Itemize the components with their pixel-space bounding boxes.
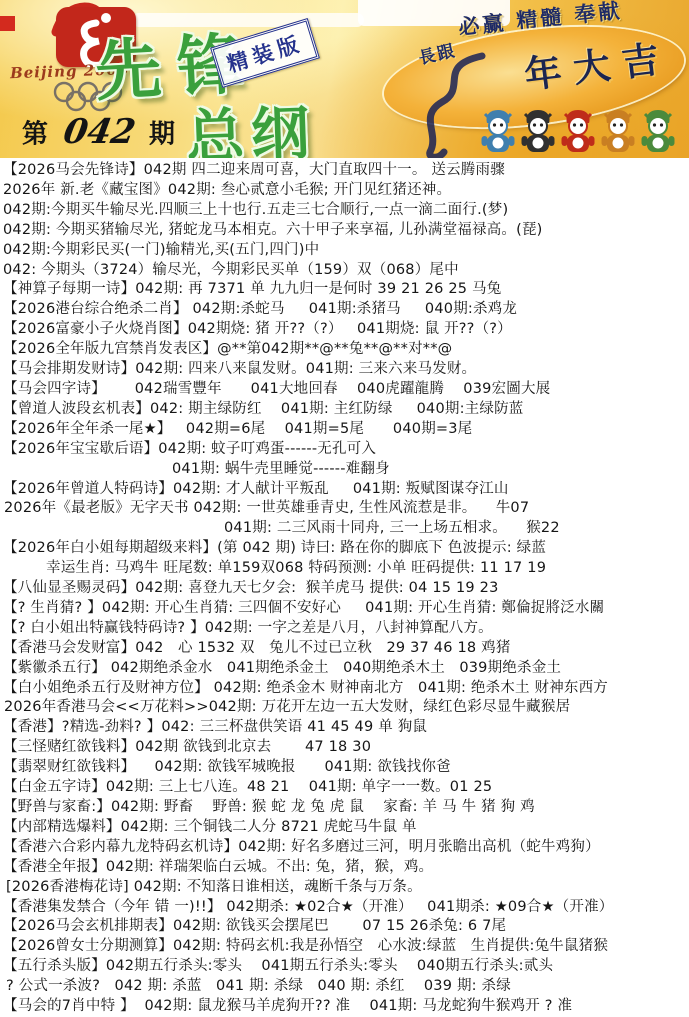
fuwa-huanhuan-icon bbox=[561, 108, 595, 158]
tip-line: 【香港六合彩内幕九龙特码玄机诗】042期: 好名多磨过三河，明月张瞻出高机（蛇牛… bbox=[0, 838, 689, 858]
tip-line: 【三怪赌红欲钱料】042期 欲钱到北京去 47 18 30 bbox=[0, 738, 689, 758]
tip-line: 【2026马会玄机排期表】042期: 欲钱买会摆尾巴 07 15 26杀兔: 6… bbox=[0, 917, 689, 937]
tip-line: 042期: 今期买猪输尽光, 猪蛇龙马本相克。六十甲子来享福, 儿孙满堂福禄高。… bbox=[0, 221, 689, 241]
issue-suffix: 期 bbox=[149, 120, 177, 150]
tip-line: 041期: 二三风雨十同舟, 三一上场五相求。 猴22 bbox=[0, 519, 689, 539]
tip-line: 【曾道人波段玄机表】042: 期主绿防红 041期: 主红防绿 040期:主绿防… bbox=[0, 400, 689, 420]
fuwa-beibei-icon bbox=[481, 108, 515, 158]
tip-line: 【马会的7肖中特 】 042期: 鼠龙猴马羊虎狗开?? 准 041期: 马龙蛇狗… bbox=[0, 997, 689, 1017]
tip-line: [2026香港梅花诗] 042期: 不知落日谁相送，魂断千条与万条。 bbox=[0, 878, 689, 898]
issue-digits: 042 bbox=[60, 112, 138, 152]
tip-line: 【白金五字诗】042期: 三上七八连。48 21 041期: 单字一一数。01 … bbox=[0, 778, 689, 798]
tip-line: 【2026曾女士分期测算】042期: 特码玄机:我是孙悟空 心水波:绿蓝 生肖提… bbox=[0, 937, 689, 957]
tip-line: 【香港】?精选-劲料? 】042: 三三杯盘供笑语 41 45 49 单 狗鼠 bbox=[0, 718, 689, 738]
tip-line: 【马会排期发财诗】042期: 四来八来鼠发财。041期: 三来六来马发财。 bbox=[0, 360, 689, 380]
tip-line: 【紫徽杀五行】 042期绝杀金水 041期绝杀金土 040期绝杀木土 039期绝… bbox=[0, 659, 689, 679]
tip-line: 【神算子每期一诗】042期: 再 7371 单 九九归一是何时 39 21 26… bbox=[0, 280, 689, 300]
tip-line: 【? 白小姐出特赢钱特码诗? 】042期: 一字之差是八月，八封神算配八方。 bbox=[0, 619, 689, 639]
tip-line: 【2026年全年杀一尾★】 042期=6尾 041期=5尾 040期=3尾 bbox=[0, 420, 689, 440]
ribbon-greeting: 年大吉 bbox=[521, 27, 673, 99]
fuwa-nini-icon bbox=[641, 108, 675, 158]
fuwa-yingying-icon bbox=[601, 108, 635, 158]
tip-line: 2026年《最老版》无字天书 042期: 一世英雄垂青史, 生性风流惹是非。 牛… bbox=[0, 499, 689, 519]
tip-line: ? 公式一杀波? 042 期: 杀蓝 041 期: 杀绿 040 期: 杀红 0… bbox=[0, 977, 689, 997]
tip-line: 【内部精选爆料】042期: 三个铜钱二人分 8721 虎蛇马牛鼠 单 bbox=[0, 818, 689, 838]
tip-line: 【马会四字诗】 042瑞雪豐年 041大地回春 040虎躍龍腾 039宏圖大展 bbox=[0, 380, 689, 400]
tip-line: 【香港集发禁合（今年 错 一)!!】 042期杀: ★02合★（开准） 041期… bbox=[0, 898, 689, 918]
tip-line: 【2026年宝宝歇后语】042期: 蚊子叮鸡蛋------无孔可入 bbox=[0, 440, 689, 460]
tip-line: 【2026年白小姐每期超级来料】(第 042 期) 诗曰: 路在你的脚底下 色波… bbox=[0, 539, 689, 559]
tip-line: 2026年香港马会<<万花料>>042期: 万花开左边一五大发财，绿红色彩尽显牛… bbox=[0, 698, 689, 718]
tip-line: 幸运生肖: 马鸡牛 旺尾数: 单159双068 特码预测: 小单 旺码提供: 1… bbox=[0, 559, 689, 579]
tip-line: 【2026年曾道人特码诗】042期: 才人献计平叛乱 041期: 叛赋图谋夺江山 bbox=[0, 480, 689, 500]
tip-line: 【2026富豪小子火烧肖图】042期烧: 猪 开??（?） 041期烧: 鼠 开… bbox=[0, 320, 689, 340]
tip-line: 【八仙显圣赐灵码】042期: 喜登九天七夕会: 猴羊虎马 提供: 04 15 1… bbox=[0, 579, 689, 599]
tips-list: 【2026马会先锋诗】042期 四二迎来周可喜，大门直取四十一。 送云腾雨骤20… bbox=[0, 158, 689, 1017]
tip-line: 【白小姐绝杀五行及财神方位】 042期: 绝杀金木 财神南北方 041期: 绝杀… bbox=[0, 679, 689, 699]
tip-line: 【翡翠财红欲钱料】 042期: 欲钱军城晚报 041期: 欲钱找你爸 bbox=[0, 758, 689, 778]
masthead-title-bottom: 总纲 bbox=[185, 86, 318, 158]
tip-line: 2026年 新.老《藏宝图》042期: 叁心贰意小毛猴; 开门见红猪还神。 bbox=[0, 181, 689, 201]
red-corner-block bbox=[0, 16, 15, 31]
tip-line: 【五行杀头版】042期五行杀头:零头 041期五行杀头:零头 040期五行杀头:… bbox=[0, 957, 689, 977]
tip-line: 【? 生肖猜? 】042期: 开心生肖猜: 三四個不安好心 041期: 开心生肖… bbox=[0, 599, 689, 619]
tip-line: 041期: 蜗牛壳里睡觉------难翻身 bbox=[0, 460, 689, 480]
fuwa-mascots-row bbox=[481, 108, 675, 158]
masthead: Beijing 2008 第042期 先锋 总纲 精装版 必赢 精髓 奉献 年大… bbox=[0, 0, 689, 158]
tip-line: 042: 今期头（3724）输尽光，今期彩民买单（159）双（068）尾中 bbox=[0, 261, 689, 281]
tip-line: 【香港马会发财富】042 心 1532 双 兔儿不过已立秋 29 37 46 1… bbox=[0, 639, 689, 659]
tip-line: 【野兽与家畜:】042期: 野畜 野兽: 猴 蛇 龙 兔 虎 鼠 家畜: 羊 马… bbox=[0, 798, 689, 818]
issue-prefix: 第 bbox=[22, 120, 50, 150]
tip-line: 042期:今期买牛输尽光.四顺三上十也行.五走三七合顺行,一点一滴二面行.(梦) bbox=[0, 201, 689, 221]
tip-line: 042期:今期彩民买(一门)输精光,买(五门,四门)中 bbox=[0, 241, 689, 261]
calligraphy-flourish-icon bbox=[408, 50, 492, 158]
tip-line: 【2026全年版九宫禁肖发表区】@**第042期**@**兔**@**对**@ bbox=[0, 340, 689, 360]
tip-line: 【2026港台综合绝杀二肖】 042期:杀蛇马 041期:杀猪马 040期:杀鸡… bbox=[0, 300, 689, 320]
tip-line: 【2026马会先锋诗】042期 四二迎来周可喜，大门直取四十一。 送云腾雨骤 bbox=[0, 161, 689, 181]
tip-line: 【香港全年报】042期: 祥瑞架临白云城。不出: 兔，猪，猴，鸡。 bbox=[0, 858, 689, 878]
pioneer-tipsheet-page: Beijing 2008 第042期 先锋 总纲 精装版 必赢 精髓 奉献 年大… bbox=[0, 0, 689, 1017]
fuwa-jingjing-icon bbox=[521, 108, 555, 158]
issue-number: 第042期 bbox=[22, 112, 177, 152]
